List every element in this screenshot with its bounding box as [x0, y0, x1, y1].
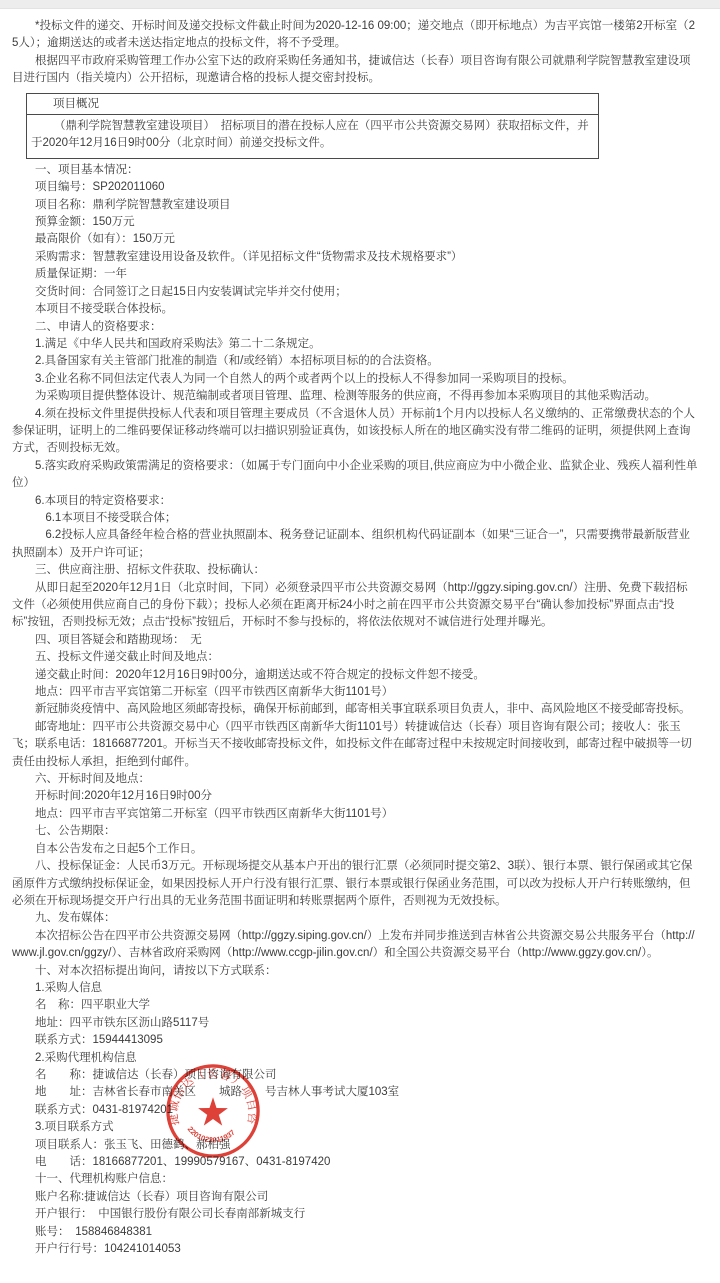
doc-paragraph: 6.本项目的特定资格要求： — [12, 493, 698, 510]
doc-paragraph: 6.1本项目不接受联合体； — [12, 510, 698, 527]
doc-paragraph: 地 址：吉林省长春市南关区 城路 号吉林人事考试大厦103室 — [12, 1084, 698, 1101]
project-overview-box: 项目概况 （鼎利学院智慧教室建设项目） 招标项目的潜在投标人应在（四平市公共资源… — [26, 93, 599, 159]
doc-paragraph: 一、项目基本情况： — [12, 162, 698, 179]
doc-paragraph: 开标时间:2020年12月16日9时00分 — [12, 788, 698, 805]
doc-paragraphs: 一、项目基本情况：项目编号：SP202011060项目名称：鼎利学院智慧教室建设… — [12, 162, 698, 1259]
doc-paragraph: 5.落实政府采购政策需满足的资格要求：（如属于专门面向中小企业采购的项目,供应商… — [12, 458, 698, 493]
doc-paragraph: 地点：四平市吉平宾馆第二开标室（四平市铁西区南新华大街1101号） — [12, 684, 698, 701]
doc-paragraph: 1.满足《中华人民共和国政府采购法》第二十二条规定。 — [12, 336, 698, 353]
doc-paragraph: 八、投标保证金：人民币3万元。开标现场提交从基本户开出的银行汇票（必须同时提交第… — [12, 858, 698, 910]
doc-paragraph: 项目名称：鼎利学院智慧教室建设项目 — [12, 197, 698, 214]
doc-paragraph: 地址：四平市铁东区沥山路5117号 — [12, 1015, 698, 1032]
doc-paragraph: 六、开标时间及地点： — [12, 771, 698, 788]
doc-paragraph: 质量保证期：一年 — [12, 266, 698, 283]
doc-paragraph: 最高限价（如有）：150万元 — [12, 231, 698, 248]
top-note-paragraph: *投标文件的递交、开标时间及递交投标文件截止时间为2020-12-16 09:0… — [12, 18, 698, 53]
doc-paragraph: 账号： 158846848381 — [12, 1224, 698, 1241]
doc-paragraph: 自本公告发布之日起5个工作日。 — [12, 841, 698, 858]
doc-paragraph: 账户名称:捷诚信达（长春）项目咨询有限公司 — [12, 1189, 698, 1206]
top-strip — [0, 0, 720, 9]
doc-paragraph: 采购需求：智慧教室建设用设备及软件。（详见招标文件“货物需求及技术规格要求”） — [12, 249, 698, 266]
doc-paragraph: 从即日起至2020年12月1日（北京时间，下同）必须登录四平市公共资源交易网（h… — [12, 580, 698, 632]
doc-paragraph: 十、对本次招标提出询问，请按以下方式联系： — [12, 963, 698, 980]
doc-paragraph: 6.2投标人应具备经年检合格的营业执照副本、税务登记证副本、组织机构代码证副本（… — [12, 527, 698, 562]
project-overview-body: （鼎利学院智慧教室建设项目） 招标项目的潜在投标人应在（四平市公共资源交易网）获… — [27, 115, 598, 158]
doc-paragraph: 本次招标公告在四平市公共资源交易网（http://ggzy.siping.gov… — [12, 928, 698, 963]
doc-paragraph: 联系方式：15944413095 — [12, 1032, 698, 1049]
doc-paragraph: 预算金额：150万元 — [12, 214, 698, 231]
doc-paragraph: 七、公告期限： — [12, 823, 698, 840]
doc-paragraph: 新冠肺炎疫情中、高风险地区须邮寄投标，确保开标前邮到，邮寄相关事宜联系项目负责人… — [12, 701, 698, 718]
doc-paragraph: 本项目不接受联合体投标。 — [12, 301, 698, 318]
doc-paragraph: 三、供应商注册、招标文件获取、投标确认： — [12, 562, 698, 579]
doc-paragraph: 2.采购代理机构信息 — [12, 1050, 698, 1067]
doc-paragraph: 递交截止时间：2020年12月16日9时00分，逾期送达或不符合规定的投标文件恕… — [12, 667, 698, 684]
doc-paragraph: 3.企业名称不同但法定代表人为同一个自然人的两个或者两个以上的投标人不得参加同一… — [12, 371, 698, 388]
project-overview-title: 项目概况 — [27, 94, 598, 115]
doc-paragraph: 4.须在投标文件里提供投标人代表和项目管理主要成员（不含退休人员）开标前1个月内… — [12, 406, 698, 458]
doc-paragraph: 二、申请人的资格要求： — [12, 319, 698, 336]
doc-paragraph: 十一、代理机构账户信息： — [12, 1171, 698, 1188]
doc-paragraph: 项目联系人：张玉飞、田德鹤、郝柏强 — [12, 1137, 698, 1154]
doc-paragraph: 项目编号：SP202011060 — [12, 179, 698, 196]
doc-paragraph: 名 称：捷诚信达（长春）项目咨询有限公司 — [12, 1067, 698, 1084]
doc-paragraph: 为采购项目提供整体设计、规范编制或者项目管理、监理、检测等服务的供应商，不得再参… — [12, 388, 698, 405]
doc-paragraph: 交货时间：合同签订之日起15日内安装调试完毕并交付使用； — [12, 284, 698, 301]
document-page: *投标文件的递交、开标时间及递交投标文件截止时间为2020-12-16 09:0… — [0, 9, 720, 1258]
doc-paragraph: 2.具备国家有关主管部门批准的制造（和/或经销）本招标项目标的的合法资格。 — [12, 353, 698, 370]
doc-paragraph: 开户行行号：104241014053 — [12, 1241, 698, 1258]
doc-paragraph: 联系方式：0431-81974201 — [12, 1102, 698, 1119]
doc-paragraph: 地点：四平市吉平宾馆第二开标室（四平市铁西区南新华大街1101号） — [12, 806, 698, 823]
doc-paragraph: 四、项目答疑会和踏勘现场： 无 — [12, 632, 698, 649]
doc-paragraph: 名 称：四平职业大学 — [12, 997, 698, 1014]
doc-paragraph: 电 话：18166877201、19990579167、0431-8197420 — [12, 1154, 698, 1171]
doc-paragraph: 1.采购人信息 — [12, 980, 698, 997]
doc-paragraph: 五、投标文件递交截止时间及地点： — [12, 649, 698, 666]
doc-paragraph: 3.项目联系方式 — [12, 1119, 698, 1136]
doc-paragraph: 邮寄地址：四平市公共资源交易中心（四平市铁西区南新华大街1101号）转捷诚信达（… — [12, 719, 698, 771]
intro-paragraph: 根据四平市政府采购管理工作办公室下达的政府采购任务通知书，捷诚信达（长春）项目咨… — [12, 53, 698, 88]
doc-paragraph: 开户银行： 中国银行股份有限公司长春南部新城支行 — [12, 1206, 698, 1223]
doc-paragraph: 九、发布媒体： — [12, 910, 698, 927]
